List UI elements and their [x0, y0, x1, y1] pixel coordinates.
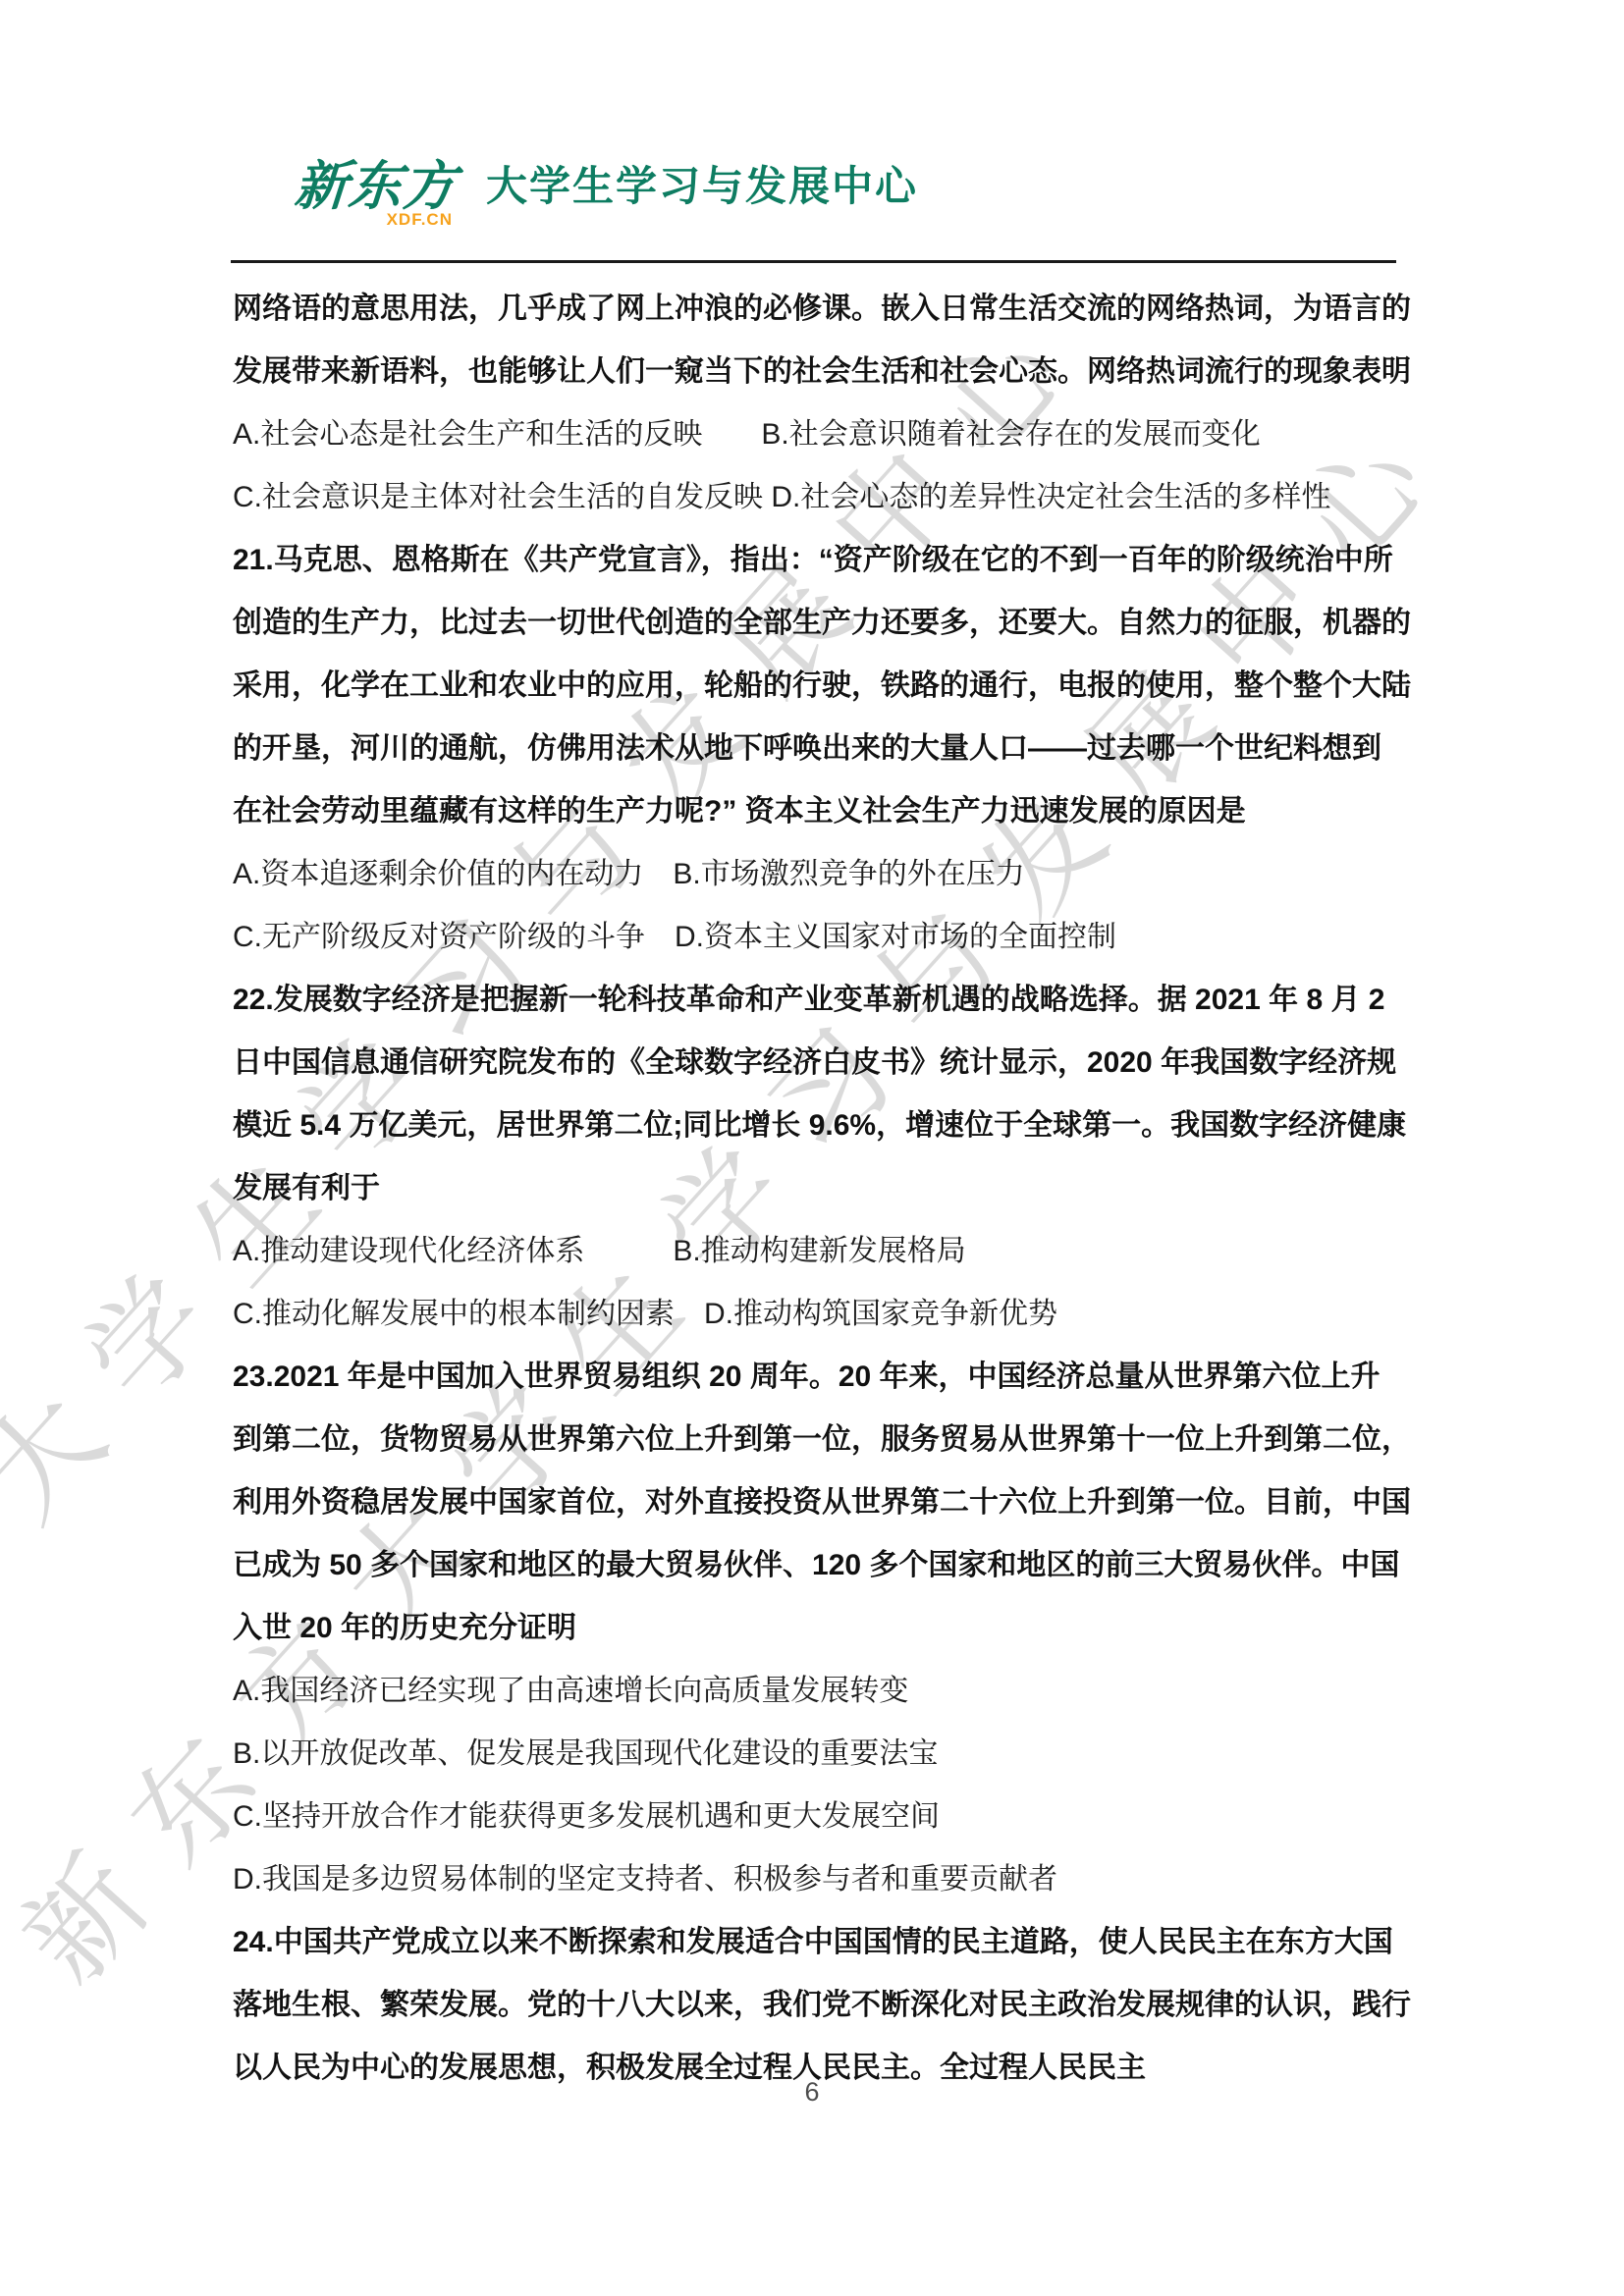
- text-line: 日中国信息通信研究院发布的《全球数字经济白皮书》统计显示，2020 年我国数字经…: [233, 1032, 1406, 1095]
- text-line: D.我国是多边贸易体制的坚定支持者、积极参与者和重要贡献者: [233, 1848, 1406, 1911]
- header-divider: [231, 260, 1396, 263]
- text-line: C.无产阶级反对资产阶级的斗争 D.资本主义国家对市场的全面控制: [233, 906, 1406, 969]
- page-number: 6: [804, 2077, 819, 2107]
- text-line: 利用外资稳居发展中国家首位，对外直接投资从世界第二十六位上升到第一位。目前，中国: [233, 1471, 1406, 1534]
- header: 新东方 XDF.CN 大学生学习与发展中心: [295, 160, 918, 229]
- footer: 6: [0, 2077, 1624, 2108]
- text-line: 入世 20 年的历史充分证明: [233, 1597, 1406, 1660]
- text-line: 21.马克思、恩格斯在《共产党宣言》，指出：“资产阶级在它的不到一百年的阶级统治…: [233, 529, 1406, 592]
- logo-wordmark: 新东方: [293, 160, 459, 213]
- text-line: C.社会意识是主体对社会生活的自发反映 D.社会心态的差异性决定社会生活的多样性: [233, 466, 1406, 529]
- text-line: 落地生根、繁荣发展。党的十八大以来，我们党不断深化对民主政治发展规律的认识，践行: [233, 1974, 1406, 2037]
- text-line: 创造的生产力，比过去一切世代创造的全部生产力还要多，还要大。自然力的征服，机器的: [233, 592, 1406, 655]
- text-line: 24.中国共产党成立以来不断探索和发展适合中国国情的民主道路，使人民民主在东方大…: [233, 1911, 1406, 1974]
- text-line: 模近 5.4 万亿美元，居世界第二位;同比增长 9.6%，增速位于全球第一。我国…: [233, 1095, 1406, 1157]
- text-line: A.我国经济已经实现了由高速增长向高质量发展转变: [233, 1660, 1406, 1723]
- text-line: A.推动建设现代化经济体系 B.推动构建新发展格局: [233, 1220, 1406, 1283]
- text-line: 发展有利于: [233, 1157, 1406, 1220]
- body-text: 网络语的意思用法，几乎成了网上冲浪的必修课。嵌入日常生活交流的网络热词，为语言的…: [233, 278, 1406, 2100]
- text-line: A.社会心态是社会生产和生活的反映 B.社会意识随着社会存在的发展而变化: [233, 403, 1406, 466]
- text-line: 在社会劳动里蕴藏有这样的生产力呢?” 资本主义社会生产力迅速发展的原因是: [233, 780, 1406, 843]
- text-line: 已成为 50 多个国家和地区的最大贸易伙伴、120 多个国家和地区的前三大贸易伙…: [233, 1534, 1406, 1597]
- text-line: 22.发展数字经济是把握新一轮科技革命和产业变革新机遇的战略选择。据 2021 …: [233, 969, 1406, 1032]
- text-line: 到第二位，货物贸易从世界第六位上升到第一位，服务贸易从世界第十一位上升到第二位，: [233, 1409, 1406, 1471]
- text-line: 网络语的意思用法，几乎成了网上冲浪的必修课。嵌入日常生活交流的网络热词，为语言的: [233, 278, 1406, 341]
- text-line: 23.2021 年是中国加入世界贸易组织 20 周年。20 年来，中国经济总量从…: [233, 1346, 1406, 1409]
- text-line: A.资本追逐剩余价值的内在动力 B.市场激烈竞争的外在压力: [233, 843, 1406, 906]
- page-title: 大学生学习与发展中心: [486, 160, 918, 213]
- text-line: 采用，化学在工业和农业中的应用，轮船的行驶，铁路的通行，电报的使用，整个整个大陆: [233, 655, 1406, 718]
- text-line: 的开垦，河川的通航，仿佛用法术从地下呼唤出来的大量人口——过去哪一个世纪料想到: [233, 718, 1406, 780]
- xdf-logo: 新东方 XDF.CN: [295, 160, 457, 229]
- document-page: 新东方大学生学习与发展中心 新东方大学生学习与发展中心 新东方 XDF.CN 大…: [0, 0, 1624, 2296]
- text-line: C.推动化解发展中的根本制约因素 D.推动构筑国家竞争新优势: [233, 1283, 1406, 1346]
- text-line: B.以开放促改革、促发展是我国现代化建设的重要法宝: [233, 1723, 1406, 1786]
- text-line: 发展带来新语料，也能够让人们一窥当下的社会生活和社会心态。网络热词流行的现象表明: [233, 341, 1406, 403]
- text-line: C.坚持开放合作才能获得更多发展机遇和更大发展空间: [233, 1786, 1406, 1848]
